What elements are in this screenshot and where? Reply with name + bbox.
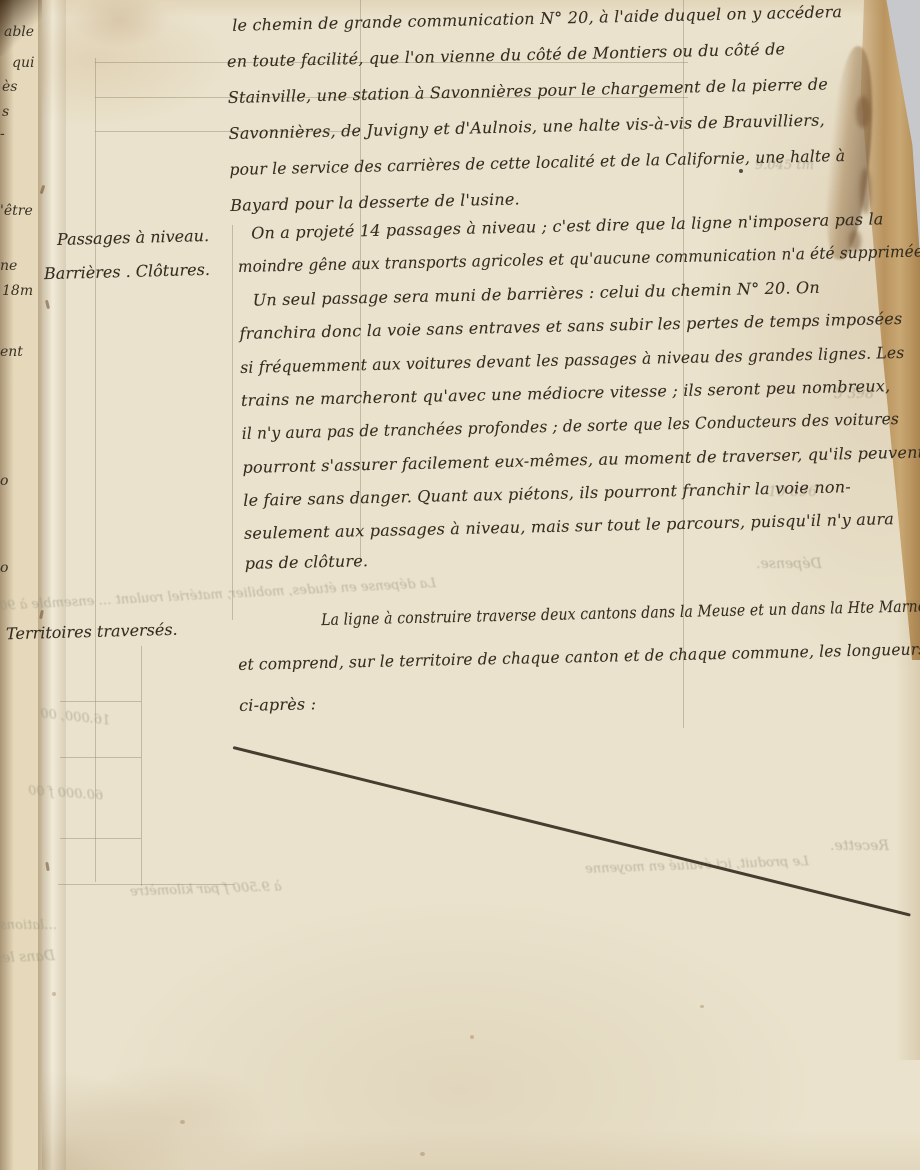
manuscript-photo: 9.045 tm 5 398 10 896 Dépense. La dépens…	[0, 0, 920, 1170]
ghost-table-line	[60, 757, 141, 758]
manuscript-line: trains ne marcheront qu'avec une médiocr…	[241, 376, 891, 410]
edge-fragment: ent	[0, 344, 23, 360]
foxing-speck	[52, 992, 56, 996]
foxing-speck	[180, 1120, 185, 1124]
ghost-margin-label: Recette.	[830, 838, 889, 854]
left-edge-shadow	[0, 0, 14, 1170]
ghost-table-line	[60, 701, 141, 702]
edge-fragment: qui	[12, 55, 34, 71]
manuscript-line: pour le service des carrières de cette l…	[229, 146, 845, 179]
manuscript-line: Un seul passage sera muni de barrières :…	[253, 278, 821, 310]
foxing-speck	[420, 1152, 425, 1156]
edge-fragment: -	[0, 126, 5, 142]
edge-fragment: ne	[0, 258, 17, 274]
manuscript-line: franchira donc la voie sans entraves et …	[239, 309, 902, 343]
manuscript-line: le faire sans danger. Quant aux piétons,…	[243, 477, 851, 510]
manuscript-line: et comprend, sur le territoire de chaque…	[238, 639, 920, 674]
manuscript-line: Stainville, une station à Savonnières po…	[228, 74, 829, 107]
stray-ink-dot	[739, 169, 743, 173]
manuscript-line: Bayard pour la desserte de l'usine.	[230, 189, 520, 215]
edge-fragment: ès	[2, 79, 17, 95]
margin-rule	[232, 225, 233, 620]
paragraph-stations: le chemin de grande communication N° 20,…	[226, 0, 920, 226]
manuscript-line: ci-après :	[239, 694, 316, 715]
manuscript-line: moindre gêne aux transports agricoles et…	[238, 241, 920, 276]
manuscript-line: si fréquemment aux voitures devant les p…	[240, 343, 905, 377]
ruled-line-vertical	[95, 58, 96, 882]
ghost-fragment: …lations	[0, 918, 57, 933]
edge-fragment: s	[2, 104, 9, 120]
manuscript-line: pourront s'assurer facilement eux-mêmes,…	[242, 442, 920, 476]
manuscript-line: il n'y aura pas de tranchées profondes ;…	[242, 409, 900, 443]
manuscript-line: en toute facilité, que l'on vienne du cô…	[227, 39, 786, 71]
ghost-table-line	[60, 838, 141, 839]
ghost-table-line	[141, 646, 142, 886]
edge-fragment: 'être	[0, 203, 33, 219]
edge-fragment: o	[0, 560, 8, 576]
edge-fragment: able	[4, 24, 34, 40]
manuscript-line: seulement aux passages à niveau, mais su…	[244, 509, 894, 543]
manuscript-line: Savonnières, de Juvigny et d'Aulnois, un…	[228, 110, 825, 143]
manuscript-line: pas de clôture.	[244, 551, 368, 573]
paragraph-passages-a-niveau: On a projeté 14 passages à niveau ; c'es…	[237, 209, 920, 574]
foxing-speck	[700, 1005, 704, 1008]
paragraph-territoires: La ligne à construire traverse deux cant…	[237, 597, 919, 722]
foxing-speck	[470, 1035, 474, 1039]
edge-fragment: 18m	[2, 283, 33, 299]
edge-fragment: o	[0, 473, 8, 489]
margin-note-passages-a-niveau: Passages à niveau.	[57, 226, 209, 249]
